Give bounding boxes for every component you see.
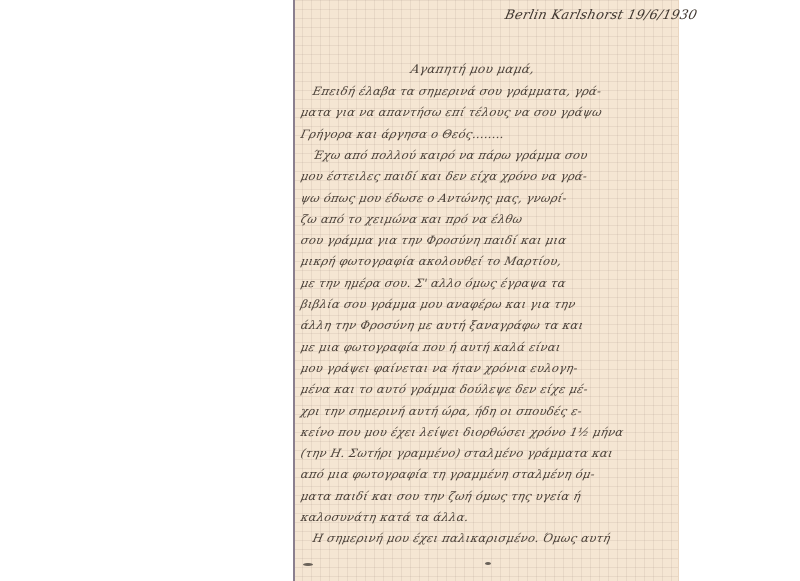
letter-line: με μια φωτογραφία που ή αυτή καλά είναι: [300, 340, 563, 354]
letter-page: Berlin Karlshorst 19/6/1930 Αγαπητή μου …: [293, 0, 679, 581]
letter-line: Γρήγορα και άργησα ο Θεός........: [300, 127, 506, 141]
letter-line: άλλη την Φροσύνη με αυτή ξαναγράφω τα κα…: [300, 318, 585, 332]
letter-line: (την Η. Σωτήρι γραμμένο) σταλμένο γράμμα…: [300, 446, 615, 460]
letter-line: καλοσυνάτη κατά τα άλλα.: [300, 510, 471, 524]
letter-line: σου γράμμα για την Φροσύνη παιδί και μια: [300, 233, 569, 247]
letter-line: μικρή φωτογραφία ακολουθεί το Μαρτίου,: [300, 254, 564, 268]
letter-line: βιβλία σου γράμμα μου αναφέρω και για τη…: [300, 297, 578, 311]
letter-line: μένα και το αυτό γράμμα δούλεψε δεν είχε…: [300, 382, 590, 396]
letter-line: Επειδή έλαβα τα σημερινά σου γράμματα, γ…: [312, 84, 603, 98]
letter-place-date: Berlin Karlshorst 19/6/1930: [503, 8, 698, 23]
ink-smudge: [485, 562, 491, 565]
letter-line: από μια φωτογραφία τη γραμμένη σταλμένη …: [300, 467, 597, 481]
ink-smudge: [303, 563, 313, 566]
letter-line: ματα για να απαντήσω επί τέλους να σου γ…: [300, 105, 604, 119]
letter-line: Η σημερινή μου έχει παλικαρισμένο. Όμως …: [312, 531, 613, 545]
letter-line: ψω όπως μου έδωσε ο Αντώνης μας, γνωρί-: [300, 191, 569, 205]
letter-line: Έχω από πολλού καιρό να πάρω γράμμα σου: [312, 148, 590, 162]
letter-line: μου έστειλες παιδί και δεν είχα χρόνο να…: [300, 169, 589, 183]
letter-line: ματα παιδί και σου την ζωή όμως της υγεί…: [300, 489, 583, 503]
letter-line: κείνο που μου έχει λείψει διορθώσει χρόν…: [300, 425, 626, 439]
letter-line: ζω από το χειμώνα και πρό να έλθω: [300, 212, 524, 226]
letter-line: χρι την σημερινή αυτή ώρα, ήδη οι σπουδέ…: [300, 404, 584, 418]
letter-line: με την ημέρα σου. Σ' αλλο όμως έγραψα τα: [300, 276, 568, 290]
letter-greeting: Αγαπητή μου μαμά,: [410, 62, 536, 76]
letter-line: μου γράψει φαίνεται να ήταν χρόνια ευλογ…: [300, 361, 580, 375]
